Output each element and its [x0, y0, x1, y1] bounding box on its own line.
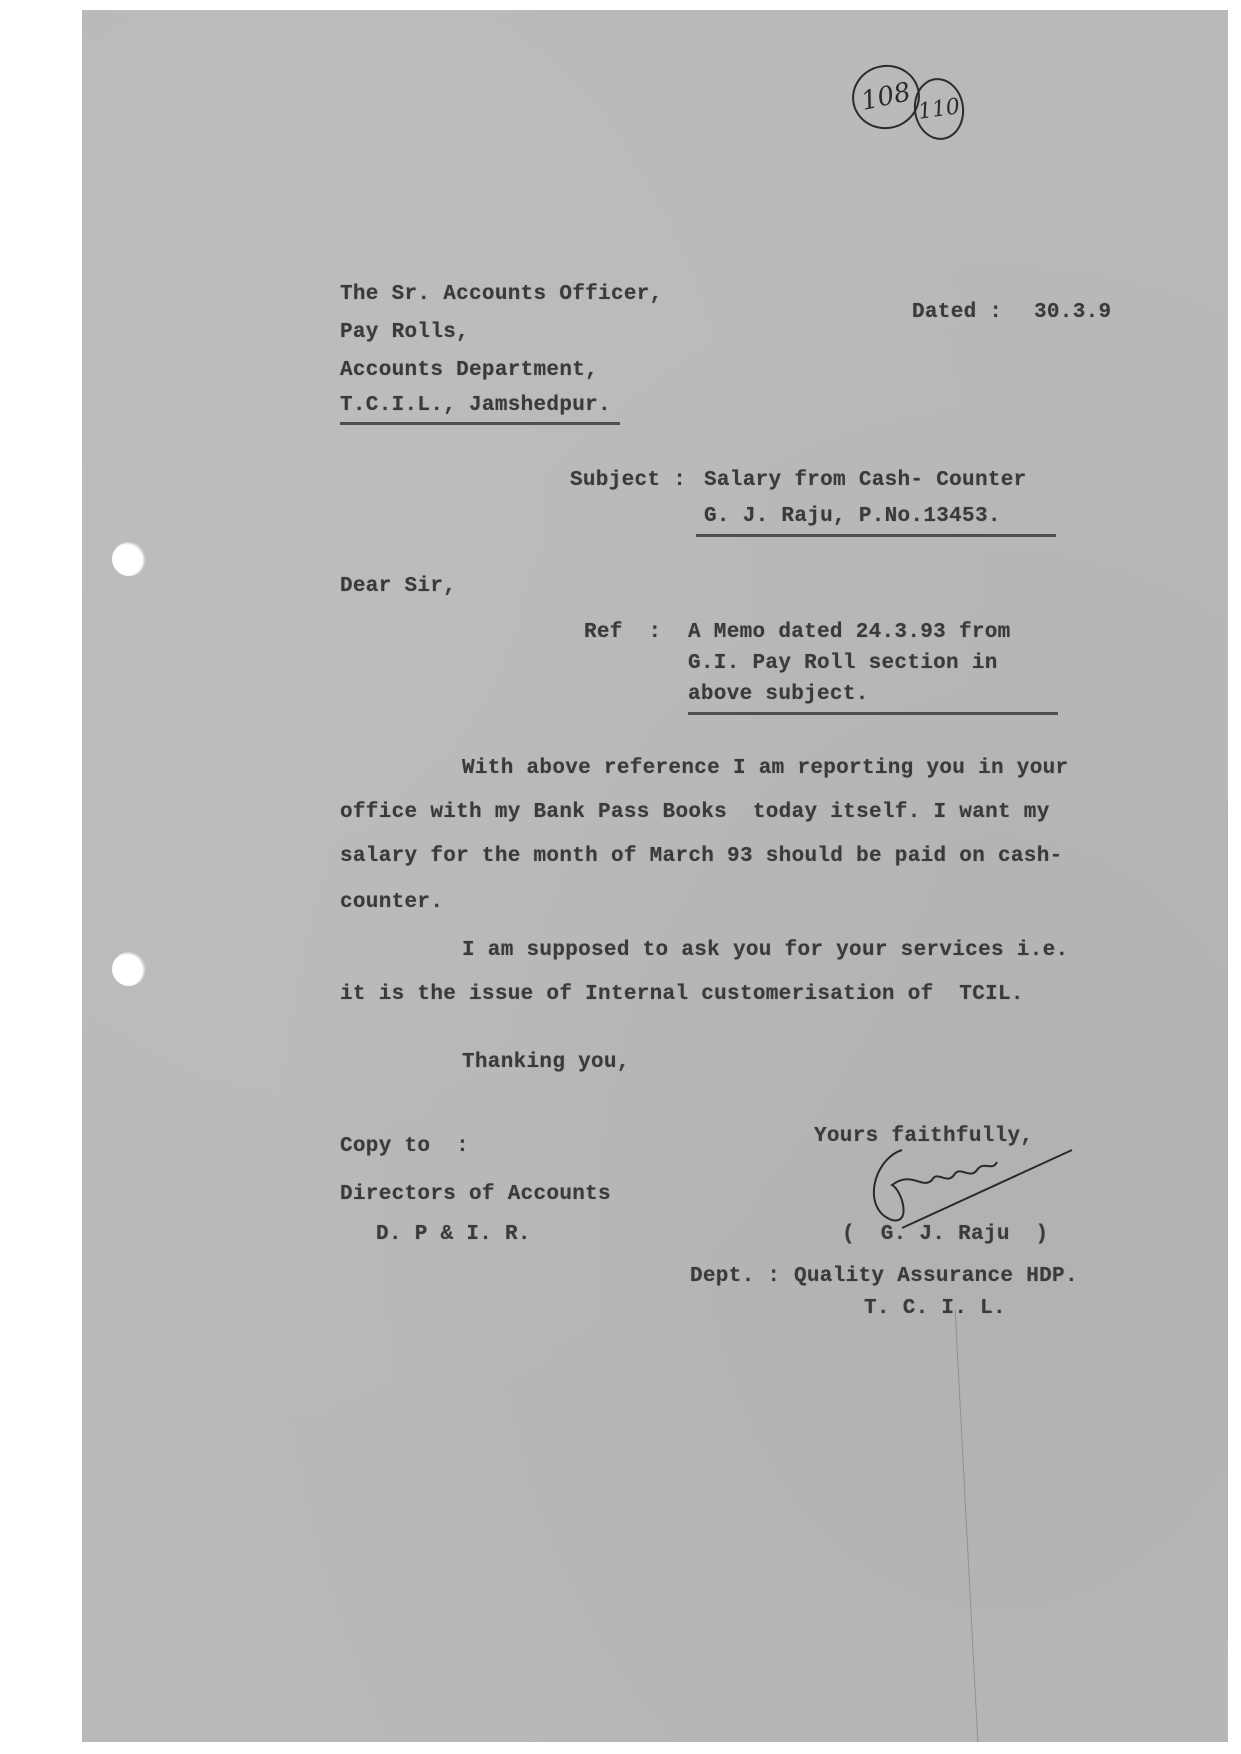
- body-para2-line-2: it is the issue of Internal customerisat…: [340, 984, 1024, 1005]
- recipient-underline: [340, 422, 620, 425]
- body-para2-line-1: I am supposed to ask you for your servic…: [462, 940, 1068, 961]
- dated-value: 30.3.9: [1034, 302, 1111, 323]
- subject-label: Subject :: [570, 470, 686, 491]
- dated-label: Dated :: [912, 302, 1002, 323]
- reference-line-3: above subject.: [688, 684, 869, 705]
- recipient-line-4: T.C.I.L., Jamshedpur.: [340, 395, 611, 416]
- subject-line-2: G. J. Raju, P.No.13453.: [704, 506, 1001, 527]
- body-para1-line-2: office with my Bank Pass Books today its…: [340, 802, 1050, 823]
- dept-value: Quality Assurance HDP.: [794, 1266, 1078, 1287]
- punch-hole-top: [112, 542, 146, 576]
- salutation: Dear Sir,: [340, 576, 456, 597]
- signatory-name: ( G. J. Raju ): [842, 1224, 1048, 1245]
- closing-thanks: Thanking you,: [462, 1052, 630, 1073]
- page-number-first: 108: [859, 77, 914, 117]
- letter-page: 108 110 The Sr. Accounts Officer, Pay Ro…: [82, 10, 1228, 1742]
- dept-label: Dept. :: [690, 1266, 780, 1287]
- subject-underline: [696, 534, 1056, 537]
- recipient-line-1: The Sr. Accounts Officer,: [340, 284, 663, 305]
- body-para1-line-4: counter.: [340, 892, 443, 913]
- recipient-line-2: Pay Rolls,: [340, 322, 469, 343]
- copy-to-line-2: D. P & I. R.: [376, 1224, 531, 1245]
- reference-label: Ref :: [584, 622, 661, 643]
- page-number-second: 110: [916, 94, 961, 125]
- reference-line-2: G.I. Pay Roll section in: [688, 653, 998, 674]
- copy-to-label: Copy to :: [340, 1136, 469, 1157]
- recipient-line-3: Accounts Department,: [340, 360, 598, 381]
- page-number-circle-second: 110: [910, 75, 968, 143]
- handwritten-signature: [862, 1140, 1082, 1230]
- org-name: T. C. I. L.: [864, 1298, 1006, 1319]
- punch-hole-bottom: [112, 952, 146, 986]
- pencil-stroke: [955, 1310, 979, 1741]
- body-para1-line-1: With above reference I am reporting you …: [462, 758, 1068, 779]
- reference-underline: [688, 712, 1058, 715]
- copy-to-line-1: Directors of Accounts: [340, 1184, 611, 1205]
- reference-line-1: A Memo dated 24.3.93 from: [688, 622, 1011, 643]
- body-para1-line-3: salary for the month of March 93 should …: [340, 846, 1063, 867]
- subject-line-1: Salary from Cash- Counter: [704, 470, 1027, 491]
